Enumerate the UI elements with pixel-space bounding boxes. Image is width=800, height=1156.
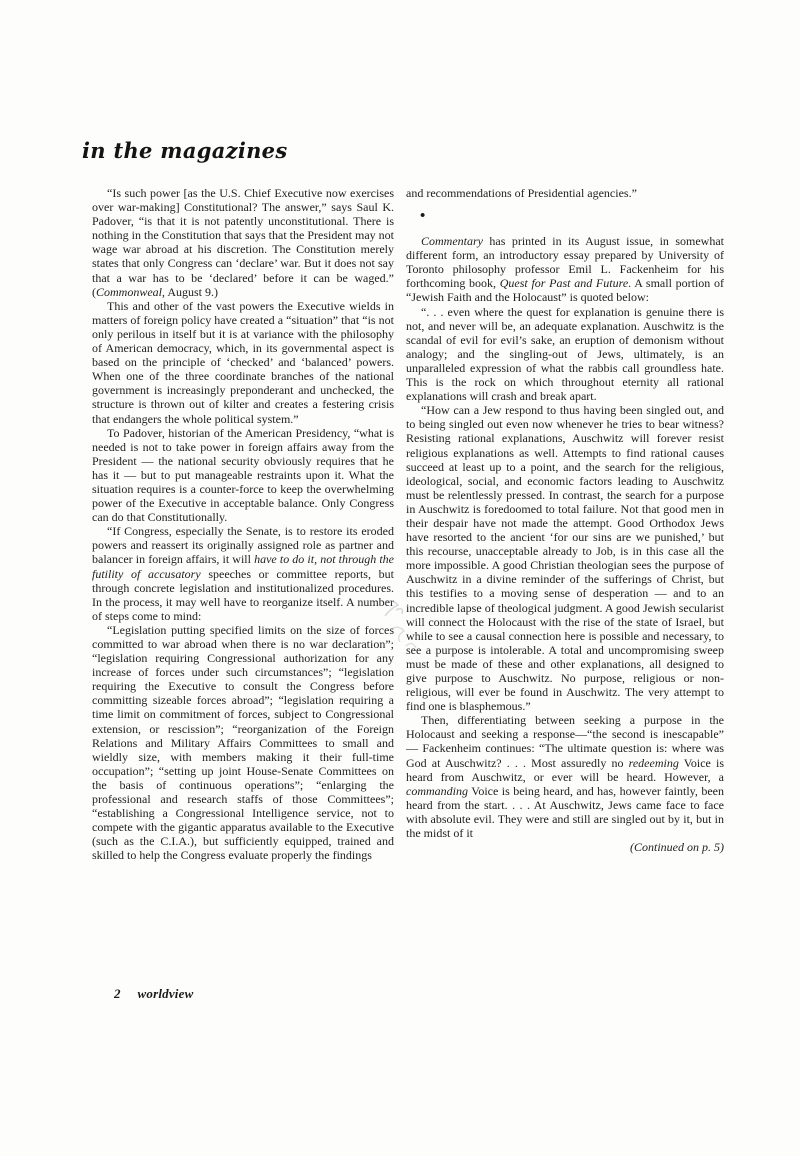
commentary-intro-paragraph: Commentary has printed in its August iss… [406,234,724,304]
page-number: 2 [114,986,121,1001]
fackenheim-quote-response-paragraph: “How can a Jew respond to thus having be… [406,403,724,713]
executive-powers-paragraph: This and other of the vast powers the Ex… [92,299,394,426]
padover-counterforce-paragraph: To Padover, historian of the American Pr… [92,426,394,525]
page-title: in the magazines [82,138,287,163]
right-text-column: and recommendations of Presidential agen… [406,186,724,854]
magazine-name: worldview [138,986,194,1001]
continued-notice: (Continued on p. 5) [406,840,724,854]
section-separator-bullet: • [420,209,724,223]
fackenheim-quote-explanation-paragraph: “. . . even where the quest for explanat… [406,305,724,404]
congress-restore-paragraph: “If Congress, especially the Senate, is … [92,524,394,623]
carryover-paragraph: and recommendations of Presidential agen… [406,186,724,200]
left-text-column: “Is such power [as the U.S. Chief Execut… [92,186,394,863]
padover-quote-paragraph: “Is such power [as the U.S. Chief Execut… [92,186,394,299]
fackenheim-continues-paragraph: Then, differentiating between seeking a … [406,713,724,840]
page-footer: 2worldview [114,986,193,1002]
legislation-steps-paragraph: “Legislation putting specified limits on… [92,623,394,863]
magazine-page: in the magazines “Is such power [as the … [0,0,800,1156]
